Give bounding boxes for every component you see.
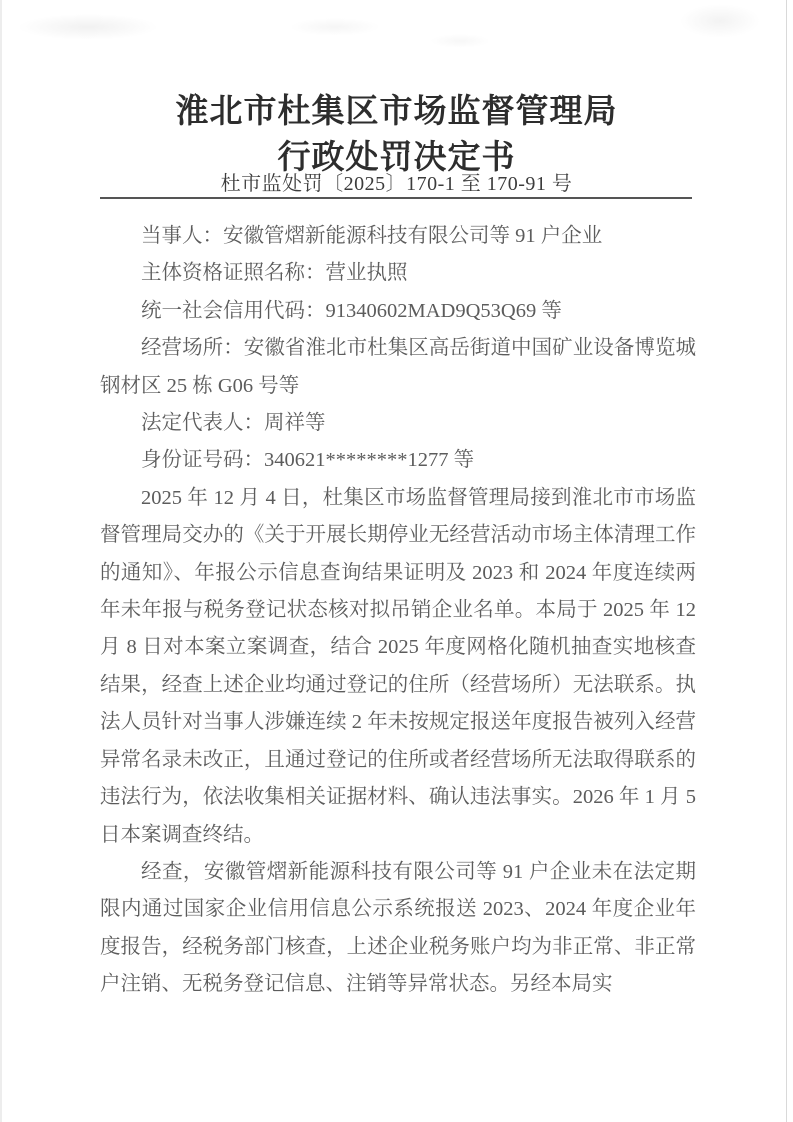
header-divider (100, 197, 692, 199)
paragraph-case-investigation: 2025 年 12 月 4 日，杜集区市场监督管理局接到淮北市市场监督管理局交办… (100, 480, 696, 854)
paragraph-party: 当事人：安徽管熠新能源科技有限公司等 91 户企业 (100, 218, 696, 255)
scan-smudge (680, 4, 760, 38)
document-body: 当事人：安徽管熠新能源科技有限公司等 91 户企业 主体资格证照名称：营业执照 … (100, 218, 696, 1004)
paragraph-findings: 经查，安徽管熠新能源科技有限公司等 91 户企业未在法定期限内通过国家企业信用信… (100, 854, 696, 1004)
paragraph-license-name: 主体资格证照名称：营业执照 (100, 255, 696, 292)
issuing-authority-title: 淮北市杜集区市场监督管理局 (0, 85, 793, 132)
paragraph-id-number: 身份证号码：340621********1277 等 (100, 442, 696, 479)
paragraph-legal-representative: 法定代表人：周祥等 (100, 405, 696, 442)
scan-smudge (290, 18, 380, 36)
document-page: 淮北市杜集区市场监督管理局 行政处罚决定书 杜市监处罚〔2025〕170-1 至… (0, 0, 793, 1122)
paragraph-business-address: 经营场所：安徽省淮北市杜集区高岳街道中国矿业设备博览城钢材区 25 栋 G06 … (100, 330, 696, 405)
paragraph-credit-code: 统一社会信用代码：91340602MAD9Q53Q69 等 (100, 293, 696, 330)
scan-smudge (430, 34, 490, 48)
scan-smudge (18, 14, 158, 40)
document-number: 杜市监处罚〔2025〕170-1 至 170-91 号 (0, 167, 793, 196)
